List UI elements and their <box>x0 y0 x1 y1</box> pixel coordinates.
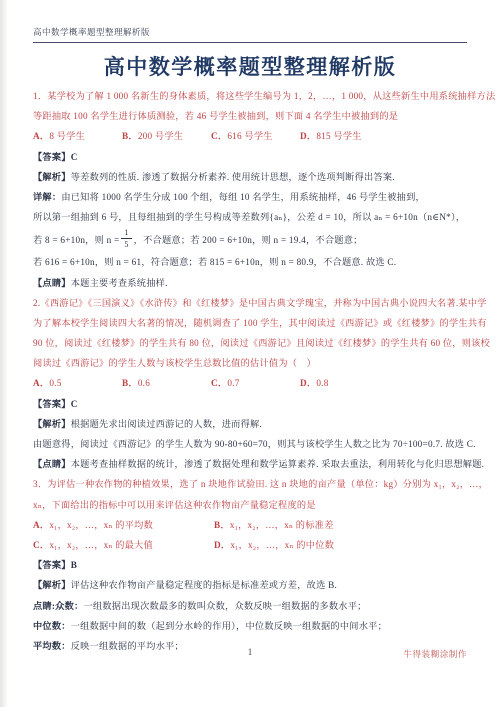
q1-analysis-text: 等差数列的性质. 渗透了数据分析素养. 使用统计思想，逐个选项判断得出答案. <box>71 172 395 182</box>
q2-answer-value: C <box>71 399 78 409</box>
q1-detail-line4: 若 616 = 6+10n，则 n = 61，符合题意；若 815 = 6+10… <box>33 252 467 272</box>
q2-option-a: A．0.5 <box>33 373 122 393</box>
page-number: 1 <box>248 647 253 657</box>
q1-option-c: C．616 号学生 <box>211 126 300 146</box>
q2-answer-label: 【答案】 <box>33 399 71 409</box>
q3-options-row1: A．x₁，x₂，…，xₙ 的平均数 B．x₁，x₂，…，xₙ 的标准差 <box>33 515 467 535</box>
fraction-numerator: 1 <box>121 229 131 240</box>
q3-tip-line2: 中位数：一组数据中间的数（起到分水岭的作用），中位数反映一组数据的中间水平； <box>33 616 467 636</box>
q2-analysis-line: 【解析】根据题先求出阅读过西游记的人数，进而得解. <box>33 414 467 434</box>
q1-answer-label: 【答案】 <box>33 152 71 162</box>
q3-stem-line2: xₙ，下面给出的指标中可以用来评估这种农作物亩产量稳定程度的是 <box>33 495 467 515</box>
q3-option-c: C．x₁，x₂，…，xₙ 的最大值 <box>33 535 214 555</box>
q2-stem-line3: 90 位，阅读过《红楼梦》的学生共有 80 位，阅读过《西游记》且阅读过《红楼梦… <box>33 333 467 353</box>
q1-option-b-label: B． <box>122 131 138 141</box>
q1-detail-line1: 详解：由已知将 1000 名学生分成 100 个组，每组 10 名学生，用系统抽… <box>33 187 467 207</box>
q2-stem-line4: 阅读过《西游记》的学生人数与该校学生总数比值的估计值为（ ） <box>33 353 467 373</box>
q1-option-c-text: 616 号学生 <box>227 131 272 141</box>
q1-option-b-text: 200 号学生 <box>138 131 183 141</box>
q3-analysis-label: 【解析】 <box>33 580 71 590</box>
q1-stem-line1: 1．某学校为了解 1 000 名新生的身体素质，将这些学生编号为 1，2，…，1… <box>33 86 467 106</box>
q3-analysis-text: 评估这种农作物亩产量稳定程度的指标是标准差或方差，故选 B. <box>71 580 337 590</box>
q1-option-a-text: 8 号学生 <box>49 131 85 141</box>
q3-option-a: A．x₁，x₂，…，xₙ 的平均数 <box>33 515 214 535</box>
q1-frac-before: 若 8 = 6+10n，则 n = <box>33 230 119 250</box>
q1-option-a-label: A． <box>33 131 49 141</box>
q2-option-a-label: A． <box>33 378 49 388</box>
q2-option-d-text: 0.8 <box>316 378 328 388</box>
q1-answer-value: C <box>71 152 78 162</box>
q2-note-line: 【点睛】本题考查抽样数据的统计，渗透了数据处理和数学运算素养. 采取去重法，利用… <box>33 454 467 474</box>
fraction-one-fifth: 15 <box>121 229 131 249</box>
q2-detail-line1: 由题意得，阅读过《西游记》的学生人数为 90-80+60=70，则其与该校学生人… <box>33 434 467 454</box>
q1-option-d: D．815 号学生 <box>300 126 389 146</box>
q1-analysis-line: 【解析】等差数列的性质. 渗透了数据分析素养. 使用统计思想，逐个选项判断得出答… <box>33 167 467 187</box>
q2-option-b-label: B． <box>122 378 138 388</box>
q3-option-d: D．x₁，x₂，…，xₙ 的中位数 <box>214 535 395 555</box>
q1-option-d-label: D． <box>300 131 316 141</box>
q1-detail-line3: 若 8 = 6+10n，则 n = 15 ，不合题意；若 200 = 6+10n… <box>33 227 467 252</box>
q2-note-text: 本题考查抽样数据的统计，渗透了数据处理和数学运算素养. 采取去重法，利用转化与化… <box>71 459 484 469</box>
q1-option-b: B．200 号学生 <box>122 126 211 146</box>
q3-tip1-label: 点睛:众数： <box>33 601 84 611</box>
fraction-denominator: 5 <box>124 239 128 249</box>
q1-detail1-label: 详解： <box>33 192 61 202</box>
q3-answer-line: 【答案】B <box>33 555 467 575</box>
q3-tip2-text: 一组数据中间的数（起到分水岭的作用），中位数反映一组数据的中间水平； <box>71 621 387 631</box>
q2-option-c-label: C． <box>211 378 227 388</box>
watermark-credit: 牛得装糊涂制作 <box>403 648 467 660</box>
q2-options-row: A．0.5 B．0.6 C．0.7 D．0.8 <box>33 373 467 393</box>
q1-analysis-label: 【解析】 <box>33 172 71 182</box>
running-header: 高中数学概率题型整理解析版 <box>33 26 467 43</box>
q2-answer-line: 【答案】C <box>33 394 467 414</box>
q2-option-d: D．0.8 <box>300 373 389 393</box>
q1-detail1-text: 由已知将 1000 名学生分成 100 个组，每组 10 名学生，用系统抽样，4… <box>61 192 425 202</box>
q3-option-a-label: A． <box>33 520 49 530</box>
q3-tip1-text: 一组数据出现次数最多的数叫众数，众数反映一组数据的多数水平； <box>84 601 367 611</box>
q1-options-row: A．8 号学生 B．200 号学生 C．616 号学生 D．815 号学生 <box>33 126 467 146</box>
page-title: 高中数学概率题型整理解析版 <box>33 53 467 81</box>
q3-option-d-text: x₁，x₂，…，xₙ 的中位数 <box>230 540 334 550</box>
q1-note-text: 本题主要考查系统抽样. <box>71 278 168 288</box>
q1-answer-line: 【答案】C <box>33 147 467 167</box>
q2-analysis-label: 【解析】 <box>33 419 71 429</box>
q3-option-c-text: x₁，x₂，…，xₙ 的最大值 <box>49 540 153 550</box>
q2-option-b: B．0.6 <box>122 373 211 393</box>
q1-note-line: 【点睛】本题主要考查系统抽样. <box>33 273 467 293</box>
q1-option-d-text: 815 号学生 <box>316 131 361 141</box>
q2-option-a-text: 0.5 <box>49 378 61 388</box>
q3-tip-line1: 点睛:众数：一组数据出现次数最多的数叫众数，众数反映一组数据的多数水平； <box>33 596 467 616</box>
q1-note-label: 【点睛】 <box>33 278 71 288</box>
q1-option-c-label: C． <box>211 131 227 141</box>
q2-stem-line2: 为了解本校学生阅读四大名著的情况，随机调查了 100 学生，其中阅读过《西游记》… <box>33 313 467 333</box>
q3-option-b-label: B． <box>214 520 230 530</box>
q2-option-c-text: 0.7 <box>227 378 239 388</box>
page-content: 高中数学概率题型整理解析版 高中数学概率题型整理解析版 1．某学校为了解 1 0… <box>33 0 467 656</box>
q1-stem-line2: 等距抽取 100 名学生进行体质测验，若 46 号学生被抽到，则下面 4 名学生… <box>33 106 467 126</box>
q2-stem-line1: 2.《西游记》《三国演义》《水浒传》和《红楼梦》是中国古典文学瑰宝，并称为中国古… <box>33 293 467 313</box>
q3-answer-label: 【答案】 <box>33 560 71 570</box>
q2-analysis-text: 根据题先求出阅读过西游记的人数，进而得解. <box>71 419 262 429</box>
q2-note-label: 【点睛】 <box>33 459 71 469</box>
q3-answer-value: B <box>71 560 77 570</box>
q3-option-b: B．x₁，x₂，…，xₙ 的标准差 <box>214 515 395 535</box>
q1-detail-line2: 所以第一组抽到 6 号，且每组抽到的学生号构成等差数列{aₙ}，公差 d = 1… <box>33 207 467 227</box>
page-footer: 1 牛得装糊涂制作 <box>33 647 467 661</box>
q3-option-c-label: C． <box>33 540 49 550</box>
q3-option-d-label: D． <box>214 540 230 550</box>
q3-option-a-text: x₁，x₂，…，xₙ 的平均数 <box>49 520 153 530</box>
q3-analysis-line: 【解析】评估这种农作物亩产量稳定程度的指标是标准差或方差，故选 B. <box>33 575 467 595</box>
document-page: 高中数学概率题型整理解析版 高中数学概率题型整理解析版 1．某学校为了解 1 0… <box>0 0 500 707</box>
q1-option-a: A．8 号学生 <box>33 126 122 146</box>
q2-option-d-label: D． <box>300 378 316 388</box>
q2-option-c: C．0.7 <box>211 373 300 393</box>
q2-option-b-text: 0.6 <box>138 378 150 388</box>
q3-options-row2: C．x₁，x₂，…，xₙ 的最大值 D．x₁，x₂，…，xₙ 的中位数 <box>33 535 467 555</box>
q3-tip2-label: 中位数： <box>33 621 71 631</box>
page-left-edge <box>0 0 7 707</box>
q3-stem-line1: 3．为评估一种农作物的种植效果，选了 n 块地作试验田. 这 n 块地的亩产量（… <box>33 474 467 494</box>
q3-option-b-text: x₁，x₂，…，xₙ 的标准差 <box>230 520 334 530</box>
q1-frac-after: ，不合题意；若 200 = 6+10n，则 n = 19.4，不合题意； <box>134 230 363 250</box>
